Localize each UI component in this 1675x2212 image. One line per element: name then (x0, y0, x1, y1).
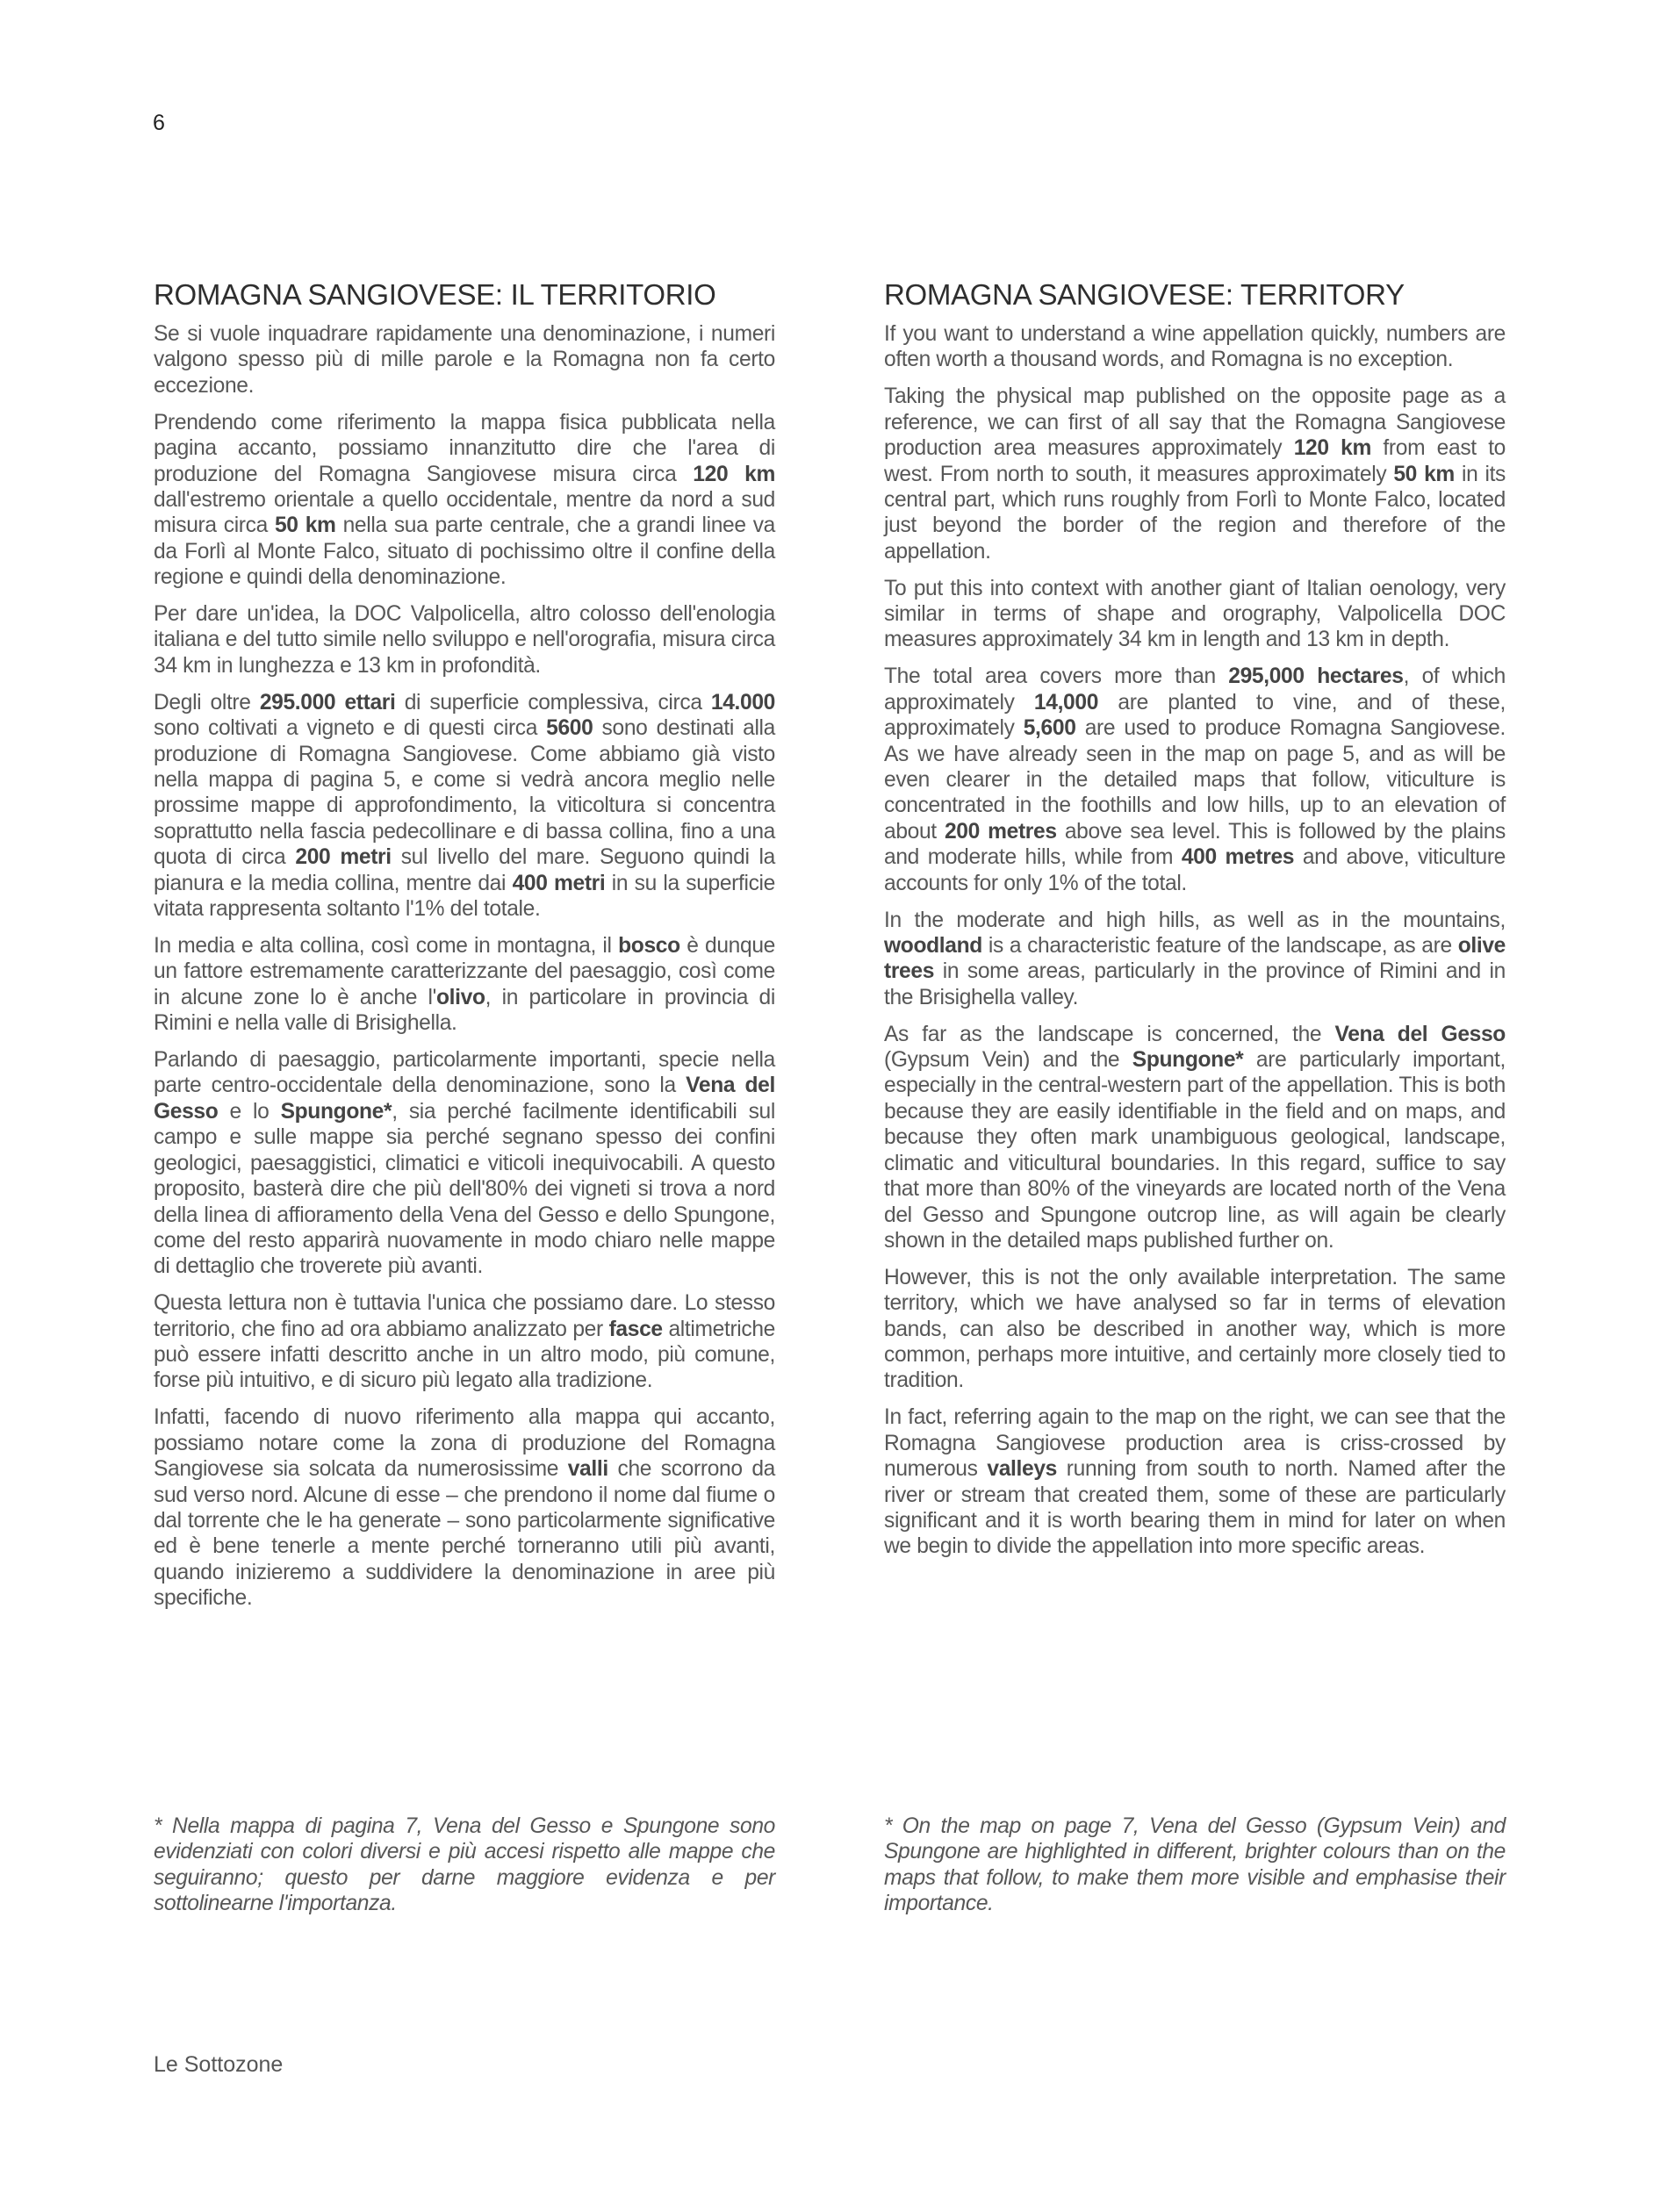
italian-body: Se si vuole inquadrare rapidamente una d… (154, 321, 775, 1612)
emphasis-text: 5600 (546, 716, 593, 740)
body-paragraph: Parlando di paesaggio, particolarmente i… (154, 1047, 775, 1280)
emphasis-text: fasce (609, 1318, 663, 1341)
body-paragraph: In the moderate and high hills, as well … (884, 908, 1506, 1011)
body-paragraph: Se si vuole inquadrare rapidamente una d… (154, 321, 775, 399)
italian-footnote: * Nella mappa di pagina 7, Vena del Gess… (154, 1813, 775, 1917)
emphasis-text: 295,000 hectares (1228, 664, 1403, 688)
body-paragraph: Infatti, facendo di nuovo riferimento al… (154, 1404, 775, 1611)
emphasis-text: olivo (436, 986, 485, 1009)
emphasis-text: 50 km (275, 513, 336, 537)
body-paragraph: Prendendo come riferimento la mappa fisi… (154, 410, 775, 591)
emphasis-text: 295.000 ettari (260, 691, 396, 715)
emphasis-text: 5,600 (1024, 716, 1076, 740)
body-paragraph: To put this into context with another gi… (884, 576, 1506, 653)
english-column: ROMAGNA SANGIOVESE: TERRITORY If you wan… (884, 277, 1506, 1570)
body-paragraph: However, this is not the only available … (884, 1265, 1506, 1394)
page-number: 6 (153, 112, 165, 134)
emphasis-text: 50 km (1393, 463, 1455, 486)
emphasis-text: 200 metres (945, 820, 1057, 844)
body-paragraph: Taking the physical map published on the… (884, 384, 1506, 564)
body-paragraph: If you want to understand a wine appella… (884, 321, 1506, 373)
emphasis-text: Vena del Gesso (1335, 1023, 1506, 1046)
body-paragraph: Questa lettura non è tuttavia l'unica ch… (154, 1290, 775, 1394)
emphasis-text: 14,000 (1034, 691, 1098, 715)
emphasis-text: 400 metri (513, 872, 606, 895)
emphasis-text: 120 km (693, 463, 775, 486)
italian-section-title: ROMAGNA SANGIOVESE: IL TERRITORIO (154, 277, 775, 312)
emphasis-text: Spungone* (281, 1100, 392, 1124)
english-footnote: * On the map on page 7, Vena del Gesso (… (884, 1813, 1506, 1917)
body-paragraph: In fact, referring again to the map on t… (884, 1404, 1506, 1559)
body-paragraph: The total area covers more than 295,000 … (884, 664, 1506, 896)
emphasis-text: bosco (618, 934, 680, 958)
body-paragraph: In media e alta collina, così come in mo… (154, 933, 775, 1037)
emphasis-text: 14.000 (711, 691, 775, 715)
emphasis-text: 400 metres (1182, 845, 1294, 869)
body-paragraph: Degli oltre 295.000 ettari di superficie… (154, 690, 775, 923)
english-section-title: ROMAGNA SANGIOVESE: TERRITORY (884, 277, 1506, 312)
emphasis-text: valleys (987, 1457, 1057, 1481)
emphasis-text: 120 km (1294, 436, 1371, 460)
emphasis-text: Vena del Gesso (154, 1074, 775, 1123)
emphasis-text: Spungone* (1132, 1048, 1244, 1072)
emphasis-text: valli (568, 1457, 608, 1481)
body-paragraph: As far as the landscape is concerned, th… (884, 1022, 1506, 1254)
body-paragraph: Per dare un'idea, la DOC Valpolicella, a… (154, 601, 775, 679)
english-body: If you want to understand a wine appella… (884, 321, 1506, 1560)
italian-column: ROMAGNA SANGIOVESE: IL TERRITORIO Se si … (154, 277, 775, 1622)
running-footer: Le Sottozone (154, 2054, 283, 2076)
emphasis-text: woodland (884, 934, 982, 958)
emphasis-text: 200 metri (295, 845, 391, 869)
